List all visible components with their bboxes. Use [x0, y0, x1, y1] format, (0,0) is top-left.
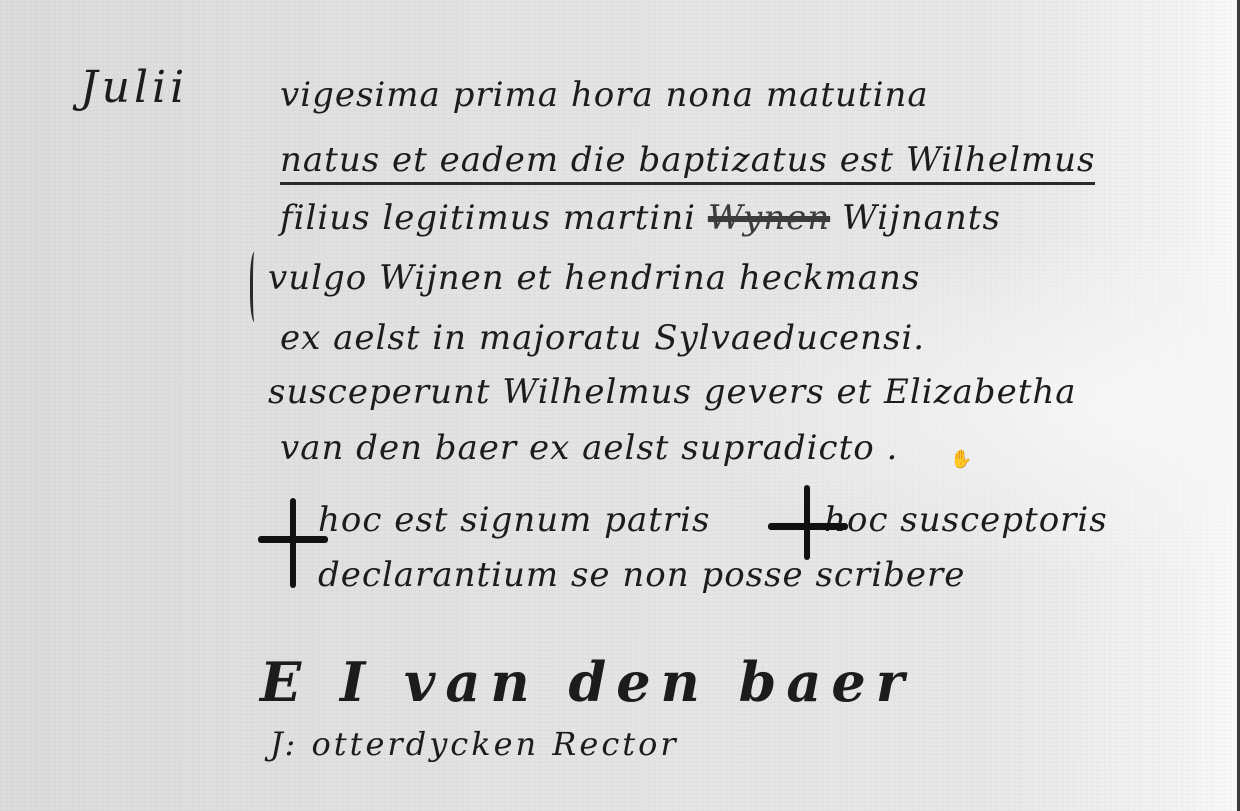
margin-month-note: Julii	[80, 62, 188, 113]
entry-line-4: vulgo Wijnen et hendrina heckmans	[268, 258, 920, 298]
entry-line-2-text: natus et eadem die baptizatus est Wilhel…	[280, 140, 1095, 185]
entry-line-5: ex aelst in majoratu Sylvaeducensi.	[280, 318, 925, 358]
godparent-cross-mark-icon	[768, 485, 848, 560]
witness-signature: E I van den baer	[260, 650, 914, 714]
scanned-document-page: Julii vigesima prima hora nona matutina …	[0, 0, 1237, 811]
entry-line-6: susceperunt Wilhelmus gevers et Elizabet…	[268, 372, 1077, 412]
father-mark-text: hoc est signum patris	[318, 500, 710, 540]
godparent-mark-text: hoc susceptoris	[824, 500, 1108, 540]
entry-line-8: hoc est signum patris hoc susceptoris	[318, 500, 1108, 540]
struck-out-word: Wynen	[708, 198, 830, 238]
entry-line-3: filius legitimus martini Wynen Wijnants	[280, 198, 1001, 238]
hand-pan-cursor-icon: ✋	[950, 450, 970, 470]
margin-bracket	[250, 252, 261, 322]
entry-line-1: vigesima prima hora nona matutina	[280, 75, 929, 115]
rector-signature: J: otterdycken Rector	[270, 725, 679, 763]
entry-line-9: declarantium se non posse scribere	[318, 555, 965, 595]
entry-line-3-text: filius legitimus martini	[280, 198, 696, 238]
father-surname: Wijnants	[842, 198, 1001, 238]
entry-line-7: van den baer ex aelst supradicto .	[280, 428, 898, 468]
entry-line-2: natus et eadem die baptizatus est Wilhel…	[280, 140, 1095, 180]
